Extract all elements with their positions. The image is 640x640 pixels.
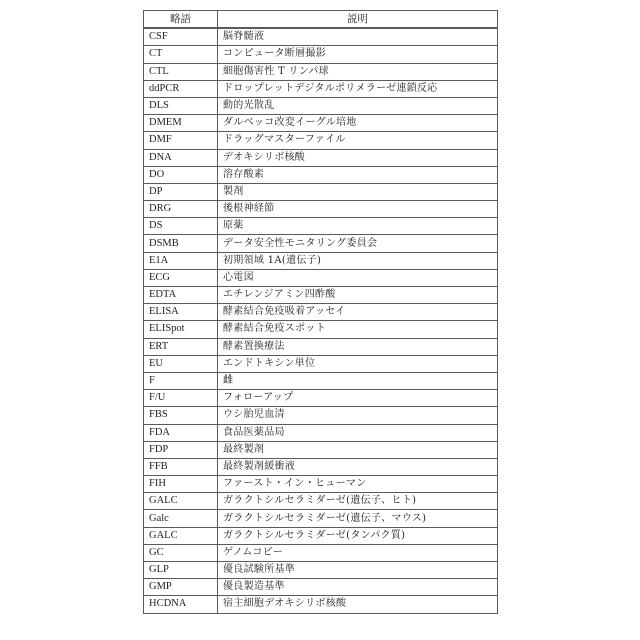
table-row: FDP最終製剤 — [144, 441, 498, 458]
abbreviation-cell: ELISA — [144, 304, 218, 321]
description-cell: 酵素結合免疫スポット — [218, 321, 498, 338]
description-cell: データ安全性モニタリング委員会 — [218, 235, 498, 252]
table-row: EUエンドトキシン単位 — [144, 355, 498, 372]
abbreviation-cell: ddPCR — [144, 80, 218, 97]
abbreviation-cell: DMEM — [144, 115, 218, 132]
abbreviation-cell: CTL — [144, 63, 218, 80]
table-row: GALCガラクトシルセラミダーゼ(タンパク質) — [144, 527, 498, 544]
table-row: ELISA酵素結合免疫吸着アッセイ — [144, 304, 498, 321]
abbreviation-cell: ECG — [144, 269, 218, 286]
description-cell: 食品医薬品局 — [218, 424, 498, 441]
table-row: GCゲノムコピー — [144, 544, 498, 561]
description-cell: ガラクトシルセラミダーゼ(タンパク質) — [218, 527, 498, 544]
column-header-abbreviation: 略語 — [144, 11, 218, 29]
table-row: ddPCRドロップレットデジタルポリメラーゼ連鎖反応 — [144, 80, 498, 97]
table-row: DMEMダルベッコ改変イーグル培地 — [144, 115, 498, 132]
table-row: DSMBデータ安全性モニタリング委員会 — [144, 235, 498, 252]
abbreviation-cell: FFB — [144, 458, 218, 475]
description-cell: ガラクトシルセラミダーゼ(遺伝子、マウス) — [218, 510, 498, 527]
table-row: DO溶存酸素 — [144, 166, 498, 183]
column-header-description: 説明 — [218, 11, 498, 29]
description-cell: 優良製造基準 — [218, 579, 498, 596]
abbreviation-cell: F — [144, 372, 218, 389]
table-row: ECG心電図 — [144, 269, 498, 286]
table-row: E1A初期領域 1A(遺伝子) — [144, 252, 498, 269]
table-row: FDA食品医薬品局 — [144, 424, 498, 441]
description-cell: 酵素結合免疫吸着アッセイ — [218, 304, 498, 321]
abbreviation-cell: FDP — [144, 441, 218, 458]
table-row: F/Uフォローアップ — [144, 390, 498, 407]
description-cell: 細胞傷害性 T リンパ球 — [218, 63, 498, 80]
description-cell: 心電図 — [218, 269, 498, 286]
table-row: CTL細胞傷害性 T リンパ球 — [144, 63, 498, 80]
description-cell: フォローアップ — [218, 390, 498, 407]
abbreviation-cell: DSMB — [144, 235, 218, 252]
abbreviation-cell: F/U — [144, 390, 218, 407]
description-cell: エチレンジアミン四酢酸 — [218, 287, 498, 304]
abbreviation-cell: EU — [144, 355, 218, 372]
description-cell: 動的光散乱 — [218, 97, 498, 114]
description-cell: デオキシリボ核酸 — [218, 149, 498, 166]
description-cell: 最終製剤 — [218, 441, 498, 458]
description-cell: 後根神経節 — [218, 201, 498, 218]
abbreviation-cell: DRG — [144, 201, 218, 218]
table-row: GALCガラクトシルセラミダーゼ(遺伝子、ヒト) — [144, 493, 498, 510]
description-cell: 優良試験所基準 — [218, 562, 498, 579]
abbreviation-cell: DO — [144, 166, 218, 183]
description-cell: 溶存酸素 — [218, 166, 498, 183]
abbreviation-cell: GLP — [144, 562, 218, 579]
table-row: ERT酵素置換療法 — [144, 338, 498, 355]
abbreviation-cell: GC — [144, 544, 218, 561]
abbreviation-cell: DS — [144, 218, 218, 235]
description-cell: ドラッグマスターファイル — [218, 132, 498, 149]
table-row: Galcガラクトシルセラミダーゼ(遺伝子、マウス) — [144, 510, 498, 527]
table-row: CTコンピュータ断層撮影 — [144, 46, 498, 63]
description-cell: ファースト・イン・ヒューマン — [218, 476, 498, 493]
table-row: FBSウシ胎児血清 — [144, 407, 498, 424]
table-row: DRG後根神経節 — [144, 201, 498, 218]
abbreviation-cell: GALC — [144, 527, 218, 544]
table-row: GLP優良試験所基準 — [144, 562, 498, 579]
table-row: DMFドラッグマスターファイル — [144, 132, 498, 149]
table-row: F雌 — [144, 372, 498, 389]
abbreviation-cell: Galc — [144, 510, 218, 527]
description-cell: 初期領域 1A(遺伝子) — [218, 252, 498, 269]
abbreviation-cell: E1A — [144, 252, 218, 269]
abbreviation-cell: CT — [144, 46, 218, 63]
abbreviation-cell: ERT — [144, 338, 218, 355]
table-body: CSF脳脊髄液CTコンピュータ断層撮影CTL細胞傷害性 T リンパ球ddPCRド… — [144, 28, 498, 613]
table-row: DNAデオキシリボ核酸 — [144, 149, 498, 166]
description-cell: ドロップレットデジタルポリメラーゼ連鎖反応 — [218, 80, 498, 97]
table-header-row: 略語 説明 — [144, 11, 498, 29]
table-row: HCDNA宿主細胞デオキシリボ核酸 — [144, 596, 498, 613]
description-cell: ガラクトシルセラミダーゼ(遺伝子、ヒト) — [218, 493, 498, 510]
abbreviation-cell: FBS — [144, 407, 218, 424]
table-row: DP製剤 — [144, 183, 498, 200]
table-row: GMP優良製造基準 — [144, 579, 498, 596]
description-cell: 原薬 — [218, 218, 498, 235]
table-row: DS原薬 — [144, 218, 498, 235]
abbreviation-cell: GALC — [144, 493, 218, 510]
description-cell: 酵素置換療法 — [218, 338, 498, 355]
abbreviation-cell: CSF — [144, 28, 218, 46]
abbreviation-cell: DP — [144, 183, 218, 200]
abbreviation-cell: ELISpot — [144, 321, 218, 338]
table-row: FIHファースト・イン・ヒューマン — [144, 476, 498, 493]
abbreviation-cell: DLS — [144, 97, 218, 114]
table-row: CSF脳脊髄液 — [144, 28, 498, 46]
abbreviation-table: 略語 説明 CSF脳脊髄液CTコンピュータ断層撮影CTL細胞傷害性 T リンパ球… — [143, 10, 498, 614]
table-row: ELISpot酵素結合免疫スポット — [144, 321, 498, 338]
table-row: FFB最終製剤緩衝液 — [144, 458, 498, 475]
description-cell: エンドトキシン単位 — [218, 355, 498, 372]
description-cell: コンピュータ断層撮影 — [218, 46, 498, 63]
description-cell: 製剤 — [218, 183, 498, 200]
description-cell: 宿主細胞デオキシリボ核酸 — [218, 596, 498, 613]
abbreviation-cell: GMP — [144, 579, 218, 596]
description-cell: ゲノムコピー — [218, 544, 498, 561]
description-cell: ダルベッコ改変イーグル培地 — [218, 115, 498, 132]
abbreviation-cell: FDA — [144, 424, 218, 441]
abbreviation-cell: HCDNA — [144, 596, 218, 613]
table-row: EDTAエチレンジアミン四酢酸 — [144, 287, 498, 304]
abbreviation-cell: FIH — [144, 476, 218, 493]
abbreviation-cell: DNA — [144, 149, 218, 166]
abbreviation-cell: EDTA — [144, 287, 218, 304]
description-cell: 雌 — [218, 372, 498, 389]
description-cell: 最終製剤緩衝液 — [218, 458, 498, 475]
abbreviation-cell: DMF — [144, 132, 218, 149]
table-row: DLS動的光散乱 — [144, 97, 498, 114]
description-cell: ウシ胎児血清 — [218, 407, 498, 424]
description-cell: 脳脊髄液 — [218, 28, 498, 46]
